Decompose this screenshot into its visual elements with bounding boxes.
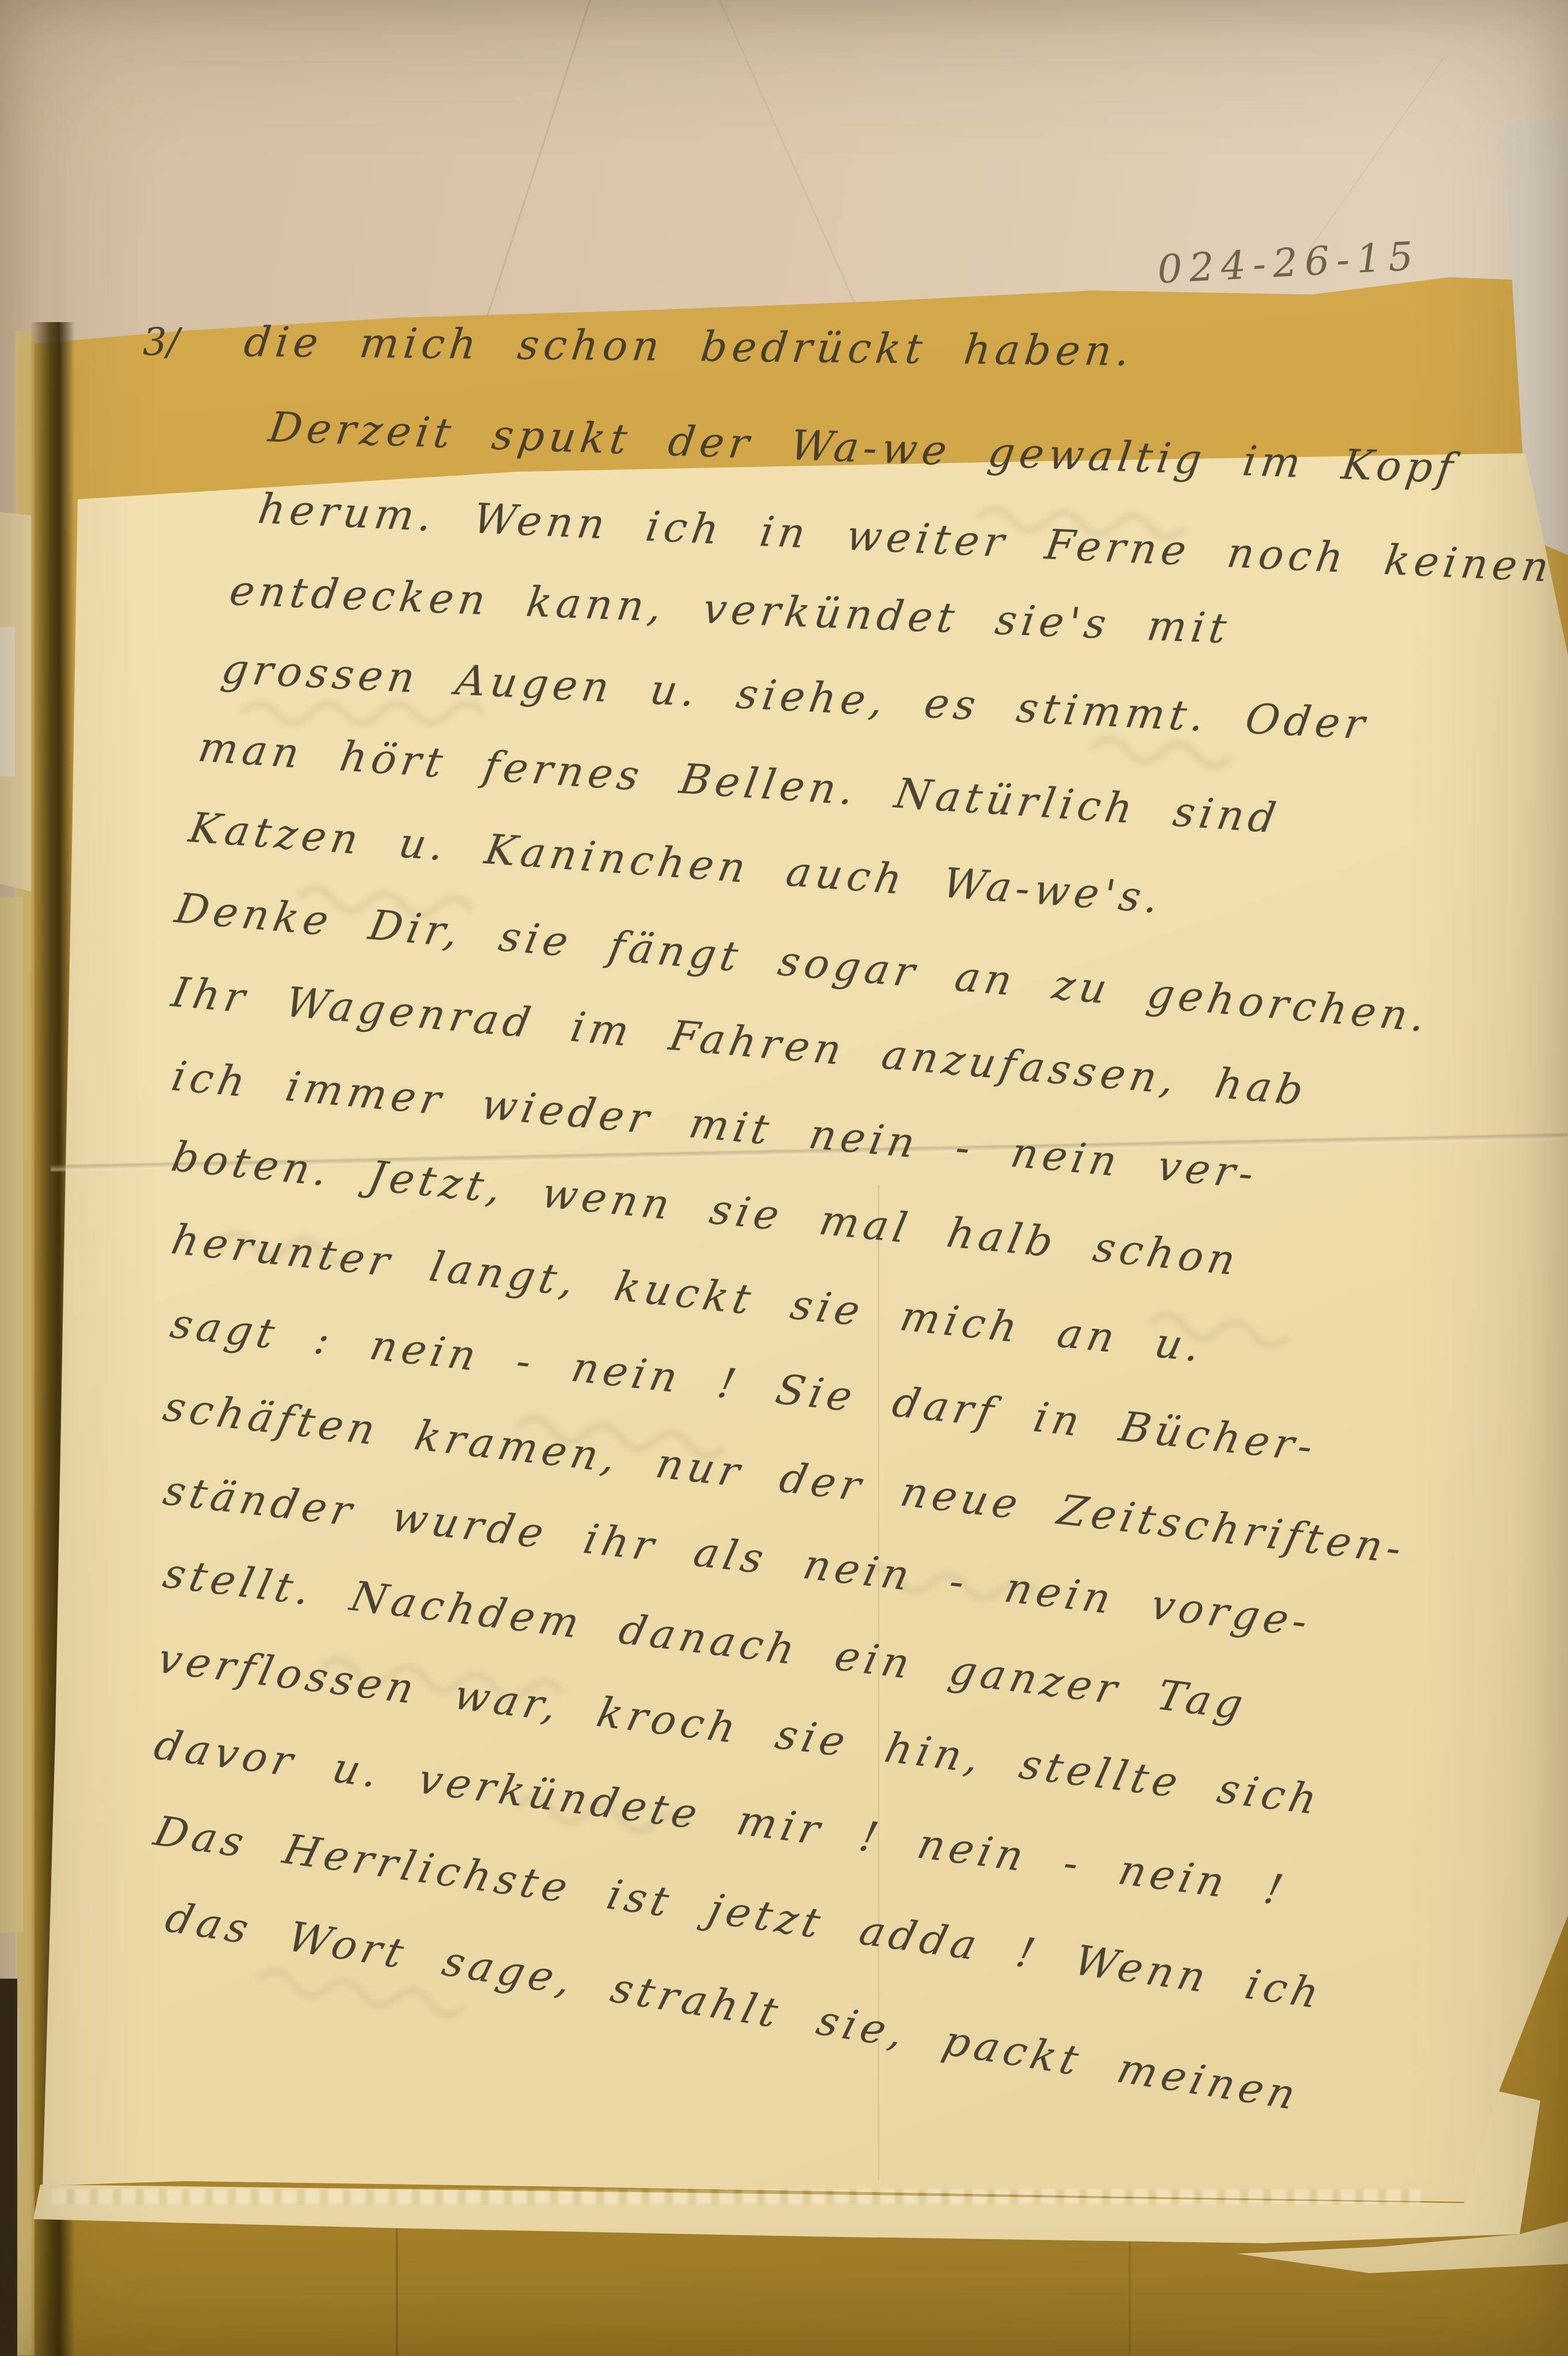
stacked-page-edge xyxy=(0,897,23,1933)
folder-crease xyxy=(396,2221,398,2356)
stacked-page-edge xyxy=(0,627,15,777)
page-number-marker: 3/ xyxy=(143,320,179,364)
binder-dark-edge xyxy=(0,1979,17,2356)
folder-crease xyxy=(1129,2229,1131,2356)
handwritten-line: die mich schon bedrückt haben. xyxy=(242,318,1137,375)
photo-of-handwritten-letter: 024-26-15 3/ die mich schon bedrückt hab… xyxy=(0,0,1568,2356)
ragged-paper-edge xyxy=(52,2189,1421,2204)
